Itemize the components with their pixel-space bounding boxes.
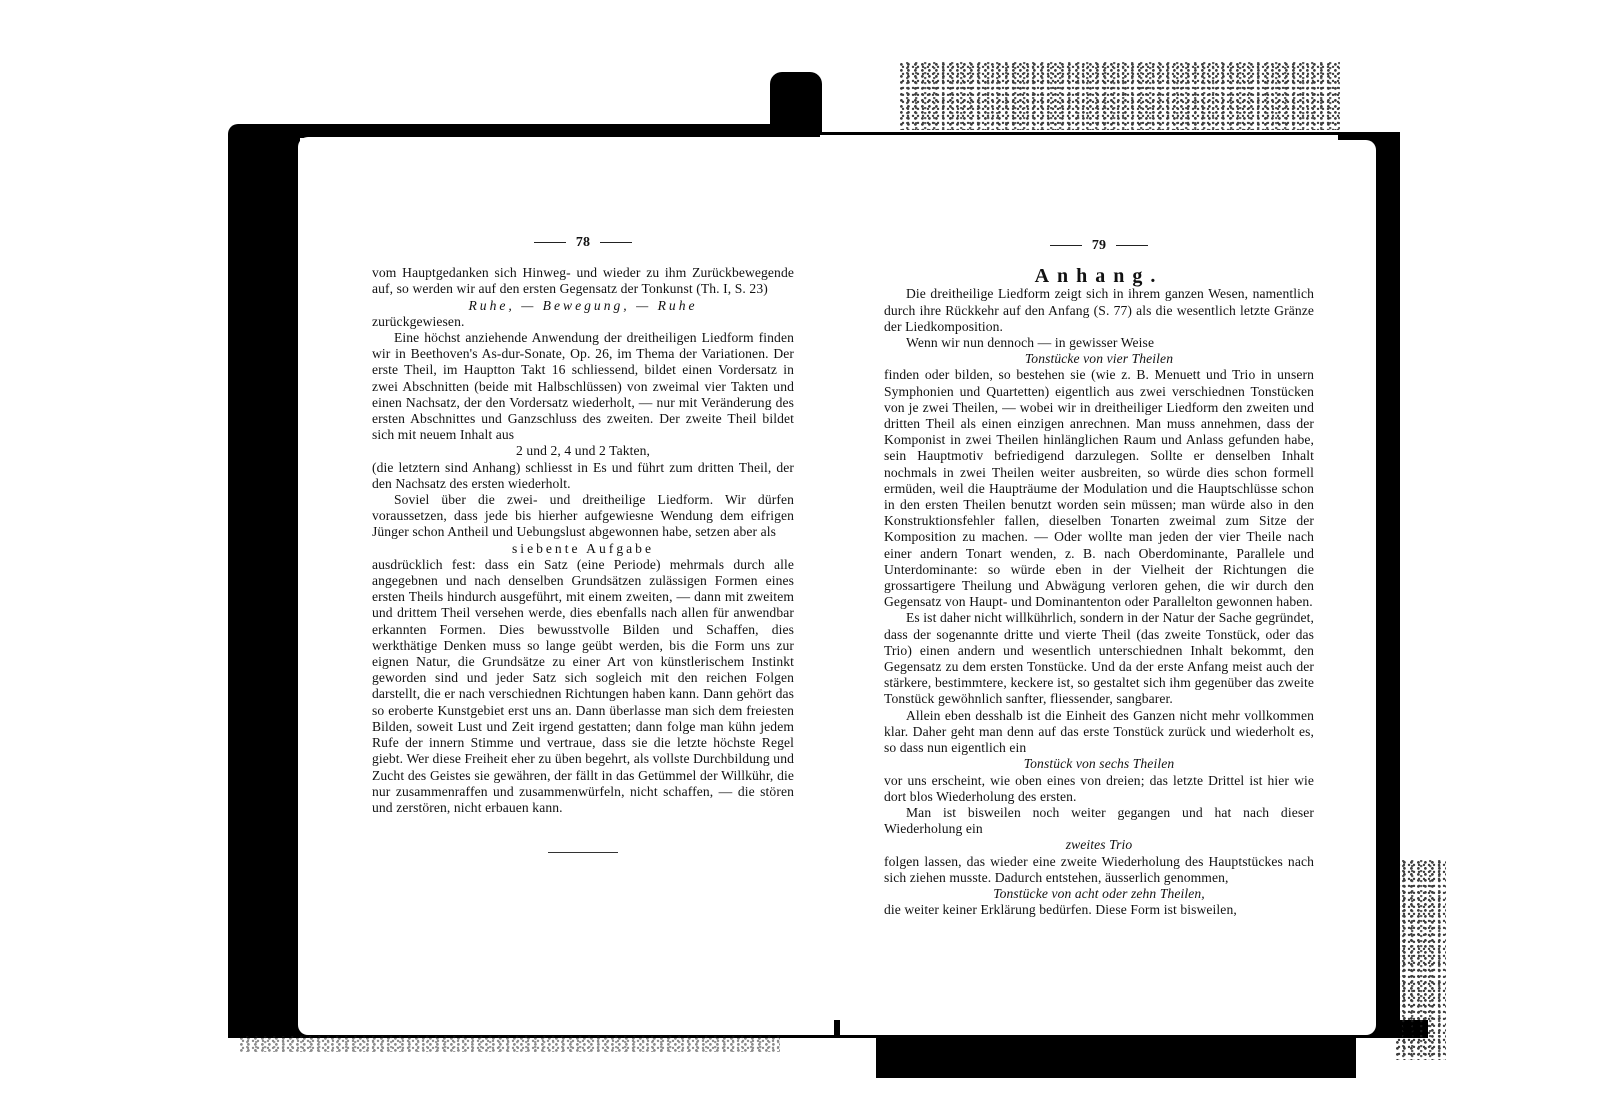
- centered-line: Tonstück von sechs Theilen: [884, 756, 1314, 772]
- paragraph: Eine höchst anziehende Anwendung der dre…: [372, 330, 794, 443]
- paragraph: (die letztern sind Anhang) schliesst in …: [372, 460, 794, 492]
- paragraph: vor uns erscheint, wie oben eines von dr…: [884, 773, 1314, 805]
- paragraph: die weiter keiner Erklärung bedürfen. Di…: [884, 902, 1314, 918]
- paragraph: ausdrücklich fest: dass ein Satz (eine P…: [372, 557, 794, 816]
- right-page-body: Die dreitheilige Liedform zeigt sich in …: [884, 286, 1314, 918]
- book-cover-left-edge: [228, 126, 300, 1034]
- left-page-body: vom Hauptgedanken sich Hinweg- und wiede…: [372, 265, 794, 816]
- paragraph: Die dreitheilige Liedform zeigt sich in …: [884, 286, 1314, 335]
- centered-line: siebente Aufgabe: [372, 541, 794, 557]
- paragraph: Wenn wir nun dennoch — in gewisser Weise: [884, 335, 1314, 351]
- centered-line: Ruhe, — Bewegung, — Ruhe: [372, 298, 794, 314]
- paragraph: Es ist daher nicht willkührlich, sondern…: [884, 610, 1314, 707]
- scan-noise-right: [1396, 860, 1446, 1060]
- end-rule: [548, 852, 618, 853]
- right-page-number: 79: [884, 238, 1314, 254]
- scan-noise-bottom-left: [240, 1036, 780, 1052]
- book-cover-top-right-line: [820, 132, 1380, 135]
- right-page-text: 79 Anhang. Die dreitheilige Liedform zei…: [884, 238, 1314, 918]
- paragraph: finden oder bilden, so bestehen sie (wie…: [884, 367, 1314, 610]
- left-page: 78 vom Hauptgedanken sich Hinweg- und wi…: [298, 137, 834, 1035]
- page-number-79: 79: [1092, 238, 1106, 253]
- section-heading: Anhang.: [884, 268, 1314, 284]
- book-spine-top-bump: [770, 72, 822, 132]
- paragraph: folgen lassen, das wieder eine zweite Wi…: [884, 854, 1314, 886]
- centered-line: Tonstücke von acht oder zehn Theilen,: [884, 886, 1314, 902]
- book-cover-top-edge: [228, 124, 808, 138]
- page-number-78: 78: [576, 235, 590, 250]
- right-page: 79 Anhang. Die dreitheilige Liedform zei…: [840, 140, 1376, 1035]
- paragraph: vom Hauptgedanken sich Hinweg- und wiede…: [372, 265, 794, 297]
- book-bottom-right-block: [876, 1030, 1356, 1078]
- centered-line: Tonstücke von vier Theilen: [884, 351, 1314, 367]
- centered-line: 2 und 2, 4 und 2 Takten,: [372, 443, 794, 459]
- scan-noise-top-right: [900, 62, 1340, 130]
- left-page-text: 78 vom Hauptgedanken sich Hinweg- und wi…: [372, 235, 794, 853]
- paragraph: Soviel über die zwei- und dreitheilige L…: [372, 492, 794, 541]
- paragraph: Man ist bisweilen noch weiter gegangen u…: [884, 805, 1314, 837]
- left-page-number: 78: [372, 235, 794, 251]
- paragraph: zurückgewiesen.: [372, 314, 794, 330]
- paragraph: Allein eben desshalb ist die Einheit des…: [884, 708, 1314, 757]
- centered-line: zweites Trio: [884, 837, 1314, 853]
